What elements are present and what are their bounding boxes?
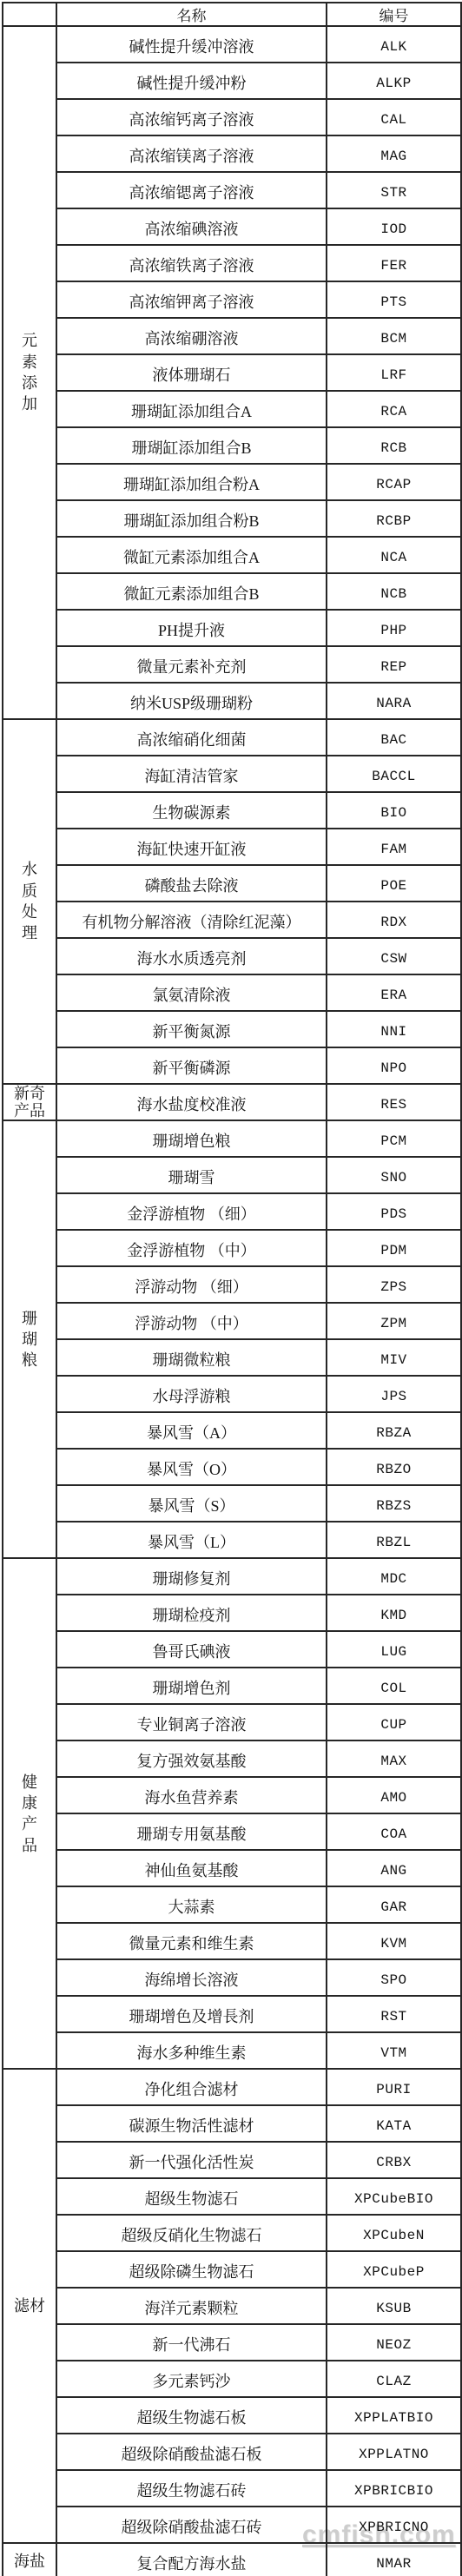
product-code-cell: SNO: [327, 1157, 461, 1193]
product-name-cell: 暴风雪（L）: [56, 1522, 327, 1558]
category-label: 珊瑚粮: [3, 1308, 56, 1371]
category-label: 元素添加: [3, 330, 56, 414]
table-row: 超级除硝酸盐滤石板 XPPLATNO: [3, 2434, 461, 2470]
product-code-cell: XPCubeN: [327, 2215, 461, 2251]
header-row: 名称 编号: [3, 3, 461, 26]
category-label: 健康产品: [3, 1772, 56, 1856]
table-row: 高浓缩钾离子溶液 PTS: [3, 281, 461, 318]
table-row: 浮游动物 （细） ZPS: [3, 1266, 461, 1303]
product-name-cell: 珊瑚缸添加组合B: [56, 427, 327, 464]
category-cell: 海盐: [3, 2543, 56, 2576]
table-row: 鲁哥氏碘液 LUG: [3, 1631, 461, 1668]
table-row: 珊瑚雪 SNO: [3, 1157, 461, 1193]
product-code-cell: XPBRICBIO: [327, 2470, 461, 2507]
product-name-cell: 新一代沸石: [56, 2324, 327, 2361]
product-code-cell: BCM: [327, 318, 461, 354]
product-name-cell: 珊瑚增色及增長剂: [56, 1996, 327, 2032]
table-row: 高浓缩锶离子溶液 STR: [3, 172, 461, 208]
table-row: 大蒜素 GAR: [3, 1886, 461, 1923]
table-row: 微量元素补充剂 REP: [3, 646, 461, 683]
table-row: 金浮游植物 （细） PDS: [3, 1193, 461, 1230]
product-name-cell: 海绵增长溶液: [56, 1959, 327, 1996]
table-row: 浮游动物 （中） ZPM: [3, 1303, 461, 1339]
category-cell: 水质处理: [3, 719, 56, 1084]
product-name-cell: 微量元素补充剂: [56, 646, 327, 683]
product-code-cell: RCAP: [327, 464, 461, 500]
product-code-cell: RCA: [327, 391, 461, 427]
category-label-line: 质: [3, 881, 56, 902]
product-code-cell: NMAR: [327, 2543, 461, 2576]
table-row: 珊瑚缸添加组合A RCA: [3, 391, 461, 427]
table-row: 健康产品珊瑚修复剂 MDC: [3, 1558, 461, 1595]
product-name-cell: 生物碳源素: [56, 792, 327, 829]
table-row: 高浓缩钙离子溶液 CAL: [3, 99, 461, 135]
table-row: 多元素钙沙 CLAZ: [3, 2361, 461, 2397]
product-code-cell: FER: [327, 245, 461, 281]
product-name-cell: 暴风雪（S）: [56, 1485, 327, 1522]
category-label-line: 品: [3, 1835, 56, 1856]
product-name-cell: 高浓缩铁离子溶液: [56, 245, 327, 281]
table-row: 高浓缩铁离子溶液 FER: [3, 245, 461, 281]
table-row: 碳源生物活性滤材 KATA: [3, 2105, 461, 2142]
product-code-cell: NCB: [327, 573, 461, 610]
product-name-cell: 珊瑚修复剂: [56, 1558, 327, 1595]
table-row: 微缸元素添加组合A NCA: [3, 537, 461, 573]
product-name-cell: 鲁哥氏碘液: [56, 1631, 327, 1668]
product-code-cell: BIO: [327, 792, 461, 829]
product-name-cell: 珊瑚缸添加组合粉A: [56, 464, 327, 500]
table-row: 纳米USP级珊瑚粉 NARA: [3, 683, 461, 719]
table-row: 海缸清洁管家 BACCL: [3, 756, 461, 792]
product-code-cell: ZPM: [327, 1303, 461, 1339]
table-row: 氯氨清除液 ERA: [3, 974, 461, 1011]
product-code-cell: PHP: [327, 610, 461, 646]
category-label: 新奇产品: [3, 1085, 56, 1120]
table-row: 微缸元素添加组合B NCB: [3, 573, 461, 610]
product-code-cell: ERA: [327, 974, 461, 1011]
product-code-cell: STR: [327, 172, 461, 208]
table-row: 液体珊瑚石 LRF: [3, 354, 461, 391]
product-name-cell: 大蒜素: [56, 1886, 327, 1923]
table-row: 珊瑚增色及增長剂 RST: [3, 1996, 461, 2032]
product-code-cell: SPO: [327, 1959, 461, 1996]
product-code-cell: RST: [327, 1996, 461, 2032]
table-row: 新一代沸石 NEOZ: [3, 2324, 461, 2361]
product-name-cell: 超级反硝化生物滤石: [56, 2215, 327, 2251]
product-code-cell: NPO: [327, 1047, 461, 1084]
category-label-line: 添: [3, 373, 56, 393]
product-name-cell: 金浮游植物 （中）: [56, 1230, 327, 1266]
category-cell: 珊瑚粮: [3, 1120, 56, 1558]
product-code-cell: CUP: [327, 1704, 461, 1740]
table-row: 海缸快速开缸液 FAM: [3, 829, 461, 865]
product-code-cell: ANG: [327, 1850, 461, 1886]
product-code-cell: POE: [327, 865, 461, 902]
product-code-cell: COA: [327, 1813, 461, 1850]
table-row: 有机物分解溶液（清除红泥藻） RDX: [3, 902, 461, 938]
table-row: 超级除磷生物滤石 XPCubeP: [3, 2251, 461, 2288]
product-code-cell: IOD: [327, 208, 461, 245]
product-name-cell: 专业铜离子溶液: [56, 1704, 327, 1740]
product-name-cell: 净化组合滤材: [56, 2069, 327, 2105]
table-row: 超级反硝化生物滤石 XPCubeN: [3, 2215, 461, 2251]
product-code-cell: LUG: [327, 1631, 461, 1668]
product-name-cell: 金浮游植物 （细）: [56, 1193, 327, 1230]
table-row: 生物碳源素 BIO: [3, 792, 461, 829]
table-row: 珊瑚微粒粮 MIV: [3, 1339, 461, 1376]
table-row: 超级生物滤石 XPCubeBIO: [3, 2178, 461, 2215]
table-row: 超级生物滤石板 XPPLATBIO: [3, 2397, 461, 2434]
product-name-cell: 海水鱼营养素: [56, 1777, 327, 1813]
product-name-cell: 海洋元素颗粒: [56, 2288, 327, 2324]
product-code-cell: CLAZ: [327, 2361, 461, 2397]
product-code-cell: CRBX: [327, 2142, 461, 2178]
table-row: 超级生物滤石砖 XPBRICBIO: [3, 2470, 461, 2507]
table-row: 海水鱼营养素 AMO: [3, 1777, 461, 1813]
table-row: 海绵增长溶液 SPO: [3, 1959, 461, 1996]
product-name-cell: 珊瑚检疫剂: [56, 1595, 327, 1631]
product-name-cell: 珊瑚微粒粮: [56, 1339, 327, 1376]
product-code-cell: BAC: [327, 719, 461, 756]
product-name-cell: 海水盐度校准液: [56, 1084, 327, 1120]
table-row: 高浓缩碘溶液 IOD: [3, 208, 461, 245]
category-label-line: 加: [3, 393, 56, 414]
category-label-line: 理: [3, 922, 56, 943]
product-name-cell: 珊瑚雪: [56, 1157, 327, 1193]
product-code-cell: NNI: [327, 1011, 461, 1047]
product-code-cell: COL: [327, 1668, 461, 1704]
category-label: 滤材: [3, 2295, 56, 2316]
product-code-cell: CSW: [327, 938, 461, 974]
category-label-line: 瑚: [3, 1329, 56, 1350]
product-name-cell: 水母浮游粮: [56, 1376, 327, 1412]
product-name-cell: 碱性提升缓冲溶液: [56, 26, 327, 63]
product-code-cell: CAL: [327, 99, 461, 135]
table-body: 元素添加碱性提升缓冲溶液 ALK 碱性提升缓冲粉 ALKP 高浓缩钙离子溶液 C…: [3, 26, 461, 2576]
product-name-cell: 新平衡氮源: [56, 1011, 327, 1047]
table-row: 新一代强化活性炭 CRBX: [3, 2142, 461, 2178]
product-name-cell: 碱性提升缓冲粉: [56, 63, 327, 99]
table-row: 珊瑚缸添加组合粉B RCBP: [3, 500, 461, 537]
product-code-cell: KSUB: [327, 2288, 461, 2324]
product-name-cell: 高浓缩钙离子溶液: [56, 99, 327, 135]
table-row: 水母浮游粮 JPS: [3, 1376, 461, 1412]
category-label-line: 健: [3, 1772, 56, 1793]
product-name-cell: 浮游动物 （细）: [56, 1266, 327, 1303]
product-name-cell: 暴风雪（A）: [56, 1412, 327, 1449]
product-code-cell: VTM: [327, 2032, 461, 2069]
product-code-cell: NEOZ: [327, 2324, 461, 2361]
table-row: 海水水质透亮剂 CSW: [3, 938, 461, 974]
product-code-cell: XPPLATNO: [327, 2434, 461, 2470]
table-row: 暴风雪（O） RBZO: [3, 1449, 461, 1485]
product-name-cell: 海缸清洁管家: [56, 756, 327, 792]
category-label: 水质处理: [3, 859, 56, 943]
product-code-cell: RCBP: [327, 500, 461, 537]
category-label-line: 素: [3, 352, 56, 373]
table-row: 珊瑚缸添加组合B RCB: [3, 427, 461, 464]
product-code-cell: LRF: [327, 354, 461, 391]
category-label-line: 元: [3, 330, 56, 351]
product-name-cell: 暴风雪（O）: [56, 1449, 327, 1485]
table-row: 高浓缩硼溶液 BCM: [3, 318, 461, 354]
product-code-cell: MAG: [327, 135, 461, 172]
table-row: 暴风雪（L） RBZL: [3, 1522, 461, 1558]
table-row: 滤材净化组合滤材 PURI: [3, 2069, 461, 2105]
product-code-cell: PURI: [327, 2069, 461, 2105]
product-code-cell: RBZS: [327, 1485, 461, 1522]
product-code-cell: RDX: [327, 902, 461, 938]
table-row: 碱性提升缓冲粉 ALKP: [3, 63, 461, 99]
category-cell: 健康产品: [3, 1558, 56, 2069]
product-name-cell: 氯氨清除液: [56, 974, 327, 1011]
product-code-cell: NCA: [327, 537, 461, 573]
header-code: 编号: [327, 3, 461, 26]
table-row: 金浮游植物 （中） PDM: [3, 1230, 461, 1266]
product-name-cell: 海缸快速开缸液: [56, 829, 327, 865]
product-name-cell: 高浓缩钾离子溶液: [56, 281, 327, 318]
table-row: 超级除硝酸盐滤石砖 XPBRICNO: [3, 2507, 461, 2543]
product-name-cell: 神仙鱼氨基酸: [56, 1850, 327, 1886]
table-row: 珊瑚粮珊瑚增色粮 PCM: [3, 1120, 461, 1157]
product-name-cell: 有机物分解溶液（清除红泥藻）: [56, 902, 327, 938]
product-name-cell: 微缸元素添加组合A: [56, 537, 327, 573]
product-code-cell: KATA: [327, 2105, 461, 2142]
table-row: PH提升液 PHP: [3, 610, 461, 646]
table-row: 专业铜离子溶液 CUP: [3, 1704, 461, 1740]
table-row: 珊瑚专用氨基酸 COA: [3, 1813, 461, 1850]
table-row: 磷酸盐去除液 POE: [3, 865, 461, 902]
product-code-cell: FAM: [327, 829, 461, 865]
table-row: 海盐复合配方海水盐 NMAR: [3, 2543, 461, 2576]
table-row: 海洋元素颗粒 KSUB: [3, 2288, 461, 2324]
category-cell: 滤材: [3, 2069, 56, 2543]
category-label: 海盐: [3, 2551, 56, 2572]
product-code-cell: MIV: [327, 1339, 461, 1376]
product-code-cell: RBZO: [327, 1449, 461, 1485]
category-label-line: 滤材: [3, 2295, 56, 2316]
product-code-cell: PDM: [327, 1230, 461, 1266]
product-name-cell: 高浓缩锶离子溶液: [56, 172, 327, 208]
product-code-cell: XPBRICNO: [327, 2507, 461, 2543]
header-name: 名称: [56, 3, 327, 26]
product-name-cell: 浮游动物 （中）: [56, 1303, 327, 1339]
table-row: 海水多种维生素 VTM: [3, 2032, 461, 2069]
product-code-cell: PCM: [327, 1120, 461, 1157]
table-row: 水质处理高浓缩硝化细菌 BAC: [3, 719, 461, 756]
product-name-cell: 复方强效氨基酸: [56, 1740, 327, 1777]
table-row: 微量元素和维生素 KVM: [3, 1923, 461, 1959]
product-code-cell: MDC: [327, 1558, 461, 1595]
product-name-cell: 珊瑚增色粮: [56, 1120, 327, 1157]
header-category-cell: [3, 3, 56, 26]
category-label-line: 产: [3, 1813, 56, 1834]
product-name-cell: 超级生物滤石板: [56, 2397, 327, 2434]
product-name-cell: 复合配方海水盐: [56, 2543, 327, 2576]
product-name-cell: 超级生物滤石砖: [56, 2470, 327, 2507]
product-code-cell: RES: [327, 1084, 461, 1120]
product-code-cell: REP: [327, 646, 461, 683]
product-code-cell: AMO: [327, 1777, 461, 1813]
product-code-cell: PDS: [327, 1193, 461, 1230]
table-row: 高浓缩镁离子溶液 MAG: [3, 135, 461, 172]
product-code-cell: RCB: [327, 427, 461, 464]
product-name-cell: 微缸元素添加组合B: [56, 573, 327, 610]
product-name-cell: 珊瑚缸添加组合粉B: [56, 500, 327, 537]
product-code-cell: KVM: [327, 1923, 461, 1959]
product-name-cell: 海水水质透亮剂: [56, 938, 327, 974]
product-name-cell: PH提升液: [56, 610, 327, 646]
table-row: 暴风雪（A） RBZA: [3, 1412, 461, 1449]
product-name-cell: 超级除磷生物滤石: [56, 2251, 327, 2288]
product-code-cell: KMD: [327, 1595, 461, 1631]
table-row: 暴风雪（S） RBZS: [3, 1485, 461, 1522]
product-name-cell: 纳米USP级珊瑚粉: [56, 683, 327, 719]
product-code-cell: PTS: [327, 281, 461, 318]
product-name-cell: 多元素钙沙: [56, 2361, 327, 2397]
product-code-cell: ALK: [327, 26, 461, 63]
category-label-line: 新奇: [3, 1085, 56, 1102]
category-label-line: 产品: [3, 1102, 56, 1120]
product-code-cell: MAX: [327, 1740, 461, 1777]
product-code-cell: ALKP: [327, 63, 461, 99]
product-code-cell: XPCubeP: [327, 2251, 461, 2288]
product-code-cell: ZPS: [327, 1266, 461, 1303]
table-row: 神仙鱼氨基酸 ANG: [3, 1850, 461, 1886]
table-row: 珊瑚检疫剂 KMD: [3, 1595, 461, 1631]
product-name-cell: 超级除硝酸盐滤石砖: [56, 2507, 327, 2543]
table-row: 复方强效氨基酸 MAX: [3, 1740, 461, 1777]
product-name-cell: 液体珊瑚石: [56, 354, 327, 391]
product-name-cell: 微量元素和维生素: [56, 1923, 327, 1959]
product-code-cell: XPPLATBIO: [327, 2397, 461, 2434]
product-code-cell: GAR: [327, 1886, 461, 1923]
table-row: 新平衡磷源 NPO: [3, 1047, 461, 1084]
product-name-cell: 新平衡磷源: [56, 1047, 327, 1084]
category-label-line: 粮: [3, 1350, 56, 1371]
table-row: 珊瑚增色剂 COL: [3, 1668, 461, 1704]
product-name-cell: 珊瑚专用氨基酸: [56, 1813, 327, 1850]
table-row: 珊瑚缸添加组合粉A RCAP: [3, 464, 461, 500]
table-row: 新平衡氮源 NNI: [3, 1011, 461, 1047]
product-name-cell: 高浓缩硝化细菌: [56, 719, 327, 756]
product-code-table: 名称 编号 元素添加碱性提升缓冲溶液 ALK 碱性提升缓冲粉 ALKP 高浓缩钙…: [2, 2, 462, 2576]
category-label-line: 水: [3, 859, 56, 880]
category-label-line: 康: [3, 1793, 56, 1813]
product-name-cell: 珊瑚增色剂: [56, 1668, 327, 1704]
product-name-cell: 高浓缩碘溶液: [56, 208, 327, 245]
product-name-cell: 海水多种维生素: [56, 2032, 327, 2069]
product-name-cell: 磷酸盐去除液: [56, 865, 327, 902]
product-code-cell: RBZL: [327, 1522, 461, 1558]
category-label-line: 珊: [3, 1308, 56, 1329]
product-code-cell: NARA: [327, 683, 461, 719]
category-cell: 元素添加: [3, 26, 56, 719]
product-name-cell: 珊瑚缸添加组合A: [56, 391, 327, 427]
product-name-cell: 高浓缩镁离子溶液: [56, 135, 327, 172]
product-code-cell: RBZA: [327, 1412, 461, 1449]
category-cell: 新奇产品: [3, 1084, 56, 1120]
category-label-line: 海盐: [3, 2551, 56, 2572]
product-name-cell: 超级生物滤石: [56, 2178, 327, 2215]
product-name-cell: 超级除硝酸盐滤石板: [56, 2434, 327, 2470]
product-name-cell: 高浓缩硼溶液: [56, 318, 327, 354]
product-name-cell: 新一代强化活性炭: [56, 2142, 327, 2178]
table-row: 新奇产品海水盐度校准液 RES: [3, 1084, 461, 1120]
product-name-cell: 碳源生物活性滤材: [56, 2105, 327, 2142]
table-row: 元素添加碱性提升缓冲溶液 ALK: [3, 26, 461, 63]
product-code-cell: BACCL: [327, 756, 461, 792]
product-code-cell: JPS: [327, 1376, 461, 1412]
product-code-cell: XPCubeBIO: [327, 2178, 461, 2215]
category-label-line: 处: [3, 902, 56, 922]
